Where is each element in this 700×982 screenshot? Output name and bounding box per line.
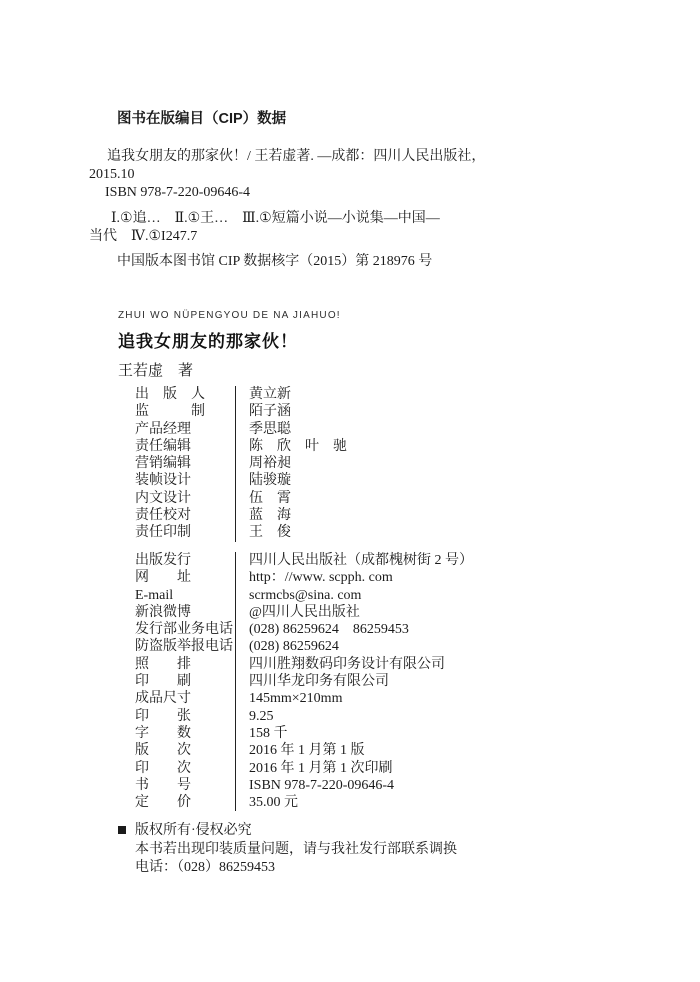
table-row: 印 刷 四川华龙印务有限公司 [135,673,473,690]
title-block: ZHUI WO NÜPENGYOU DE NA JIAHUO! 追我女朋友的那家… [118,310,341,380]
row-value: 季思聪 [236,421,291,438]
row-label: 印 次 [135,760,236,777]
table-row: 出版发行 四川人民出版社（成都槐树街 2 号） [135,552,473,569]
row-label: 书 号 [135,777,236,794]
row-value: scrmcbs@sina. com [236,587,361,604]
row-value: 四川人民出版社（成都槐树街 2 号） [236,552,473,569]
book-author: 王若虚 著 [118,359,341,380]
row-label: 责任印制 [135,524,236,541]
row-value: (028) 86259624 [236,638,339,655]
row-label: 出版发行 [135,552,236,569]
row-label: 装帧设计 [135,472,236,489]
row-label: 印 刷 [135,673,236,690]
colophon-staff-table: 出 版 人 黄立新 监 制 陌子涵 产品经理 季思聪 责任编辑 陈 欣 叶 驰 … [135,386,347,542]
row-value: 2016 年 1 月第 1 版 [236,742,365,759]
table-row: 防盗版举报电话 (028) 86259624 [135,638,473,655]
table-row: 印 次 2016 年 1 月第 1 次印刷 [135,760,473,777]
cip-entry-line-2: 2015.10 [89,166,549,184]
row-value: 四川胜翔数码印务设计有限公司 [236,656,445,673]
row-label: 印 张 [135,708,236,725]
row-value: @四川人民出版社 [236,604,360,621]
row-value: 陌子涵 [236,403,291,420]
row-label: E-mail [135,587,236,604]
table-row: 新浪微博 @四川人民出版社 [135,604,473,621]
row-label: 定 价 [135,794,236,811]
table-row: 定 价 35.00 元 [135,794,473,811]
row-value: ISBN 978-7-220-09646-4 [236,777,394,794]
row-label: 防盗版举报电话 [135,638,236,655]
row-label: 网 址 [135,569,236,586]
table-row: 版 次 2016 年 1 月第 1 版 [135,742,473,759]
row-label: 内文设计 [135,490,236,507]
cip-header: 图书在版编目（CIP）数据 [89,110,549,128]
copyright-page: 图书在版编目（CIP）数据 追我女朋友的那家伙！/ 王若虚著. —成都：四川人民… [0,0,700,982]
cip-classification-line-1: Ⅰ.①追… Ⅱ.①王… Ⅲ.①短篇小说—小说集—中国— [89,210,549,228]
table-row: 字 数 158 千 [135,725,473,742]
cip-classification-line-2: 当代 Ⅳ.①I247.7 [89,228,549,246]
row-value: 35.00 元 [236,794,298,811]
row-value: 伍 霄 [236,490,291,507]
row-label: 责任校对 [135,507,236,524]
table-row: 装帧设计 陆骏璇 [135,472,347,489]
row-value: 145mm×210mm [236,690,342,707]
cip-record-number-line: 中国版本图书馆 CIP 数据核字（2015）第 218976 号 [89,253,549,271]
table-row: 网 址 http：//www. scpph. com [135,569,473,586]
book-title: 追我女朋友的那家伙！ [118,327,341,352]
row-value: 蓝 海 [236,507,291,524]
table-row: 监 制 陌子涵 [135,403,347,420]
copyright-notice-text: 版权所有·侵权必究 [135,823,252,838]
row-value: 周裕昶 [236,455,291,472]
table-row: 责任编辑 陈 欣 叶 驰 [135,438,347,455]
contact-phone-text: 电话：（028）86259453 [135,859,457,878]
row-value: http：//www. scpph. com [236,569,393,586]
table-row: 责任校对 蓝 海 [135,507,347,524]
copyright-notice: 版权所有·侵权必究 本书若出现印装质量问题，请与我社发行部联系调换 电话：（02… [135,822,457,878]
colophon-publishing-table: 出版发行 四川人民出版社（成都槐树街 2 号） 网 址 http：//www. … [135,552,473,811]
row-label: 监 制 [135,403,236,420]
copyright-notice-line: 版权所有·侵权必究 [135,822,457,841]
row-value: 2016 年 1 月第 1 次印刷 [236,760,393,777]
row-label: 新浪微博 [135,604,236,621]
cip-isbn-line: ISBN 978-7-220-09646-4 [89,184,549,202]
row-label: 字 数 [135,725,236,742]
row-value: 158 千 [236,725,288,742]
table-row: 出 版 人 黄立新 [135,386,347,403]
table-row: 书 号 ISBN 978-7-220-09646-4 [135,777,473,794]
row-label: 版 次 [135,742,236,759]
cip-section: 图书在版编目（CIP）数据 追我女朋友的那家伙！/ 王若虚著. —成都：四川人民… [89,110,549,271]
row-value: 黄立新 [236,386,291,403]
table-row: 产品经理 季思聪 [135,421,347,438]
row-label: 出 版 人 [135,386,236,403]
row-value: 9.25 [236,708,274,725]
table-row: E-mail scrmcbs@sina. com [135,587,473,604]
table-row: 印 张 9.25 [135,708,473,725]
table-row: 内文设计 伍 霄 [135,490,347,507]
row-label: 责任编辑 [135,438,236,455]
quality-notice-text: 本书若出现印装质量问题，请与我社发行部联系调换 [135,841,457,860]
table-row: 营销编辑 周裕昶 [135,455,347,472]
cip-entry-line-1: 追我女朋友的那家伙！/ 王若虚著. —成都：四川人民出版社， [89,148,549,166]
table-row: 成品尺寸 145mm×210mm [135,690,473,707]
table-row: 照 排 四川胜翔数码印务设计有限公司 [135,656,473,673]
book-title-pinyin: ZHUI WO NÜPENGYOU DE NA JIAHUO! [118,310,341,321]
row-label: 照 排 [135,656,236,673]
row-value: 王 俊 [236,524,291,541]
row-value: 陆骏璇 [236,472,291,489]
row-label: 产品经理 [135,421,236,438]
row-value: 四川华龙印务有限公司 [236,673,389,690]
table-row: 发行部业务电话 (028) 86259624 86259453 [135,621,473,638]
row-value: (028) 86259624 86259453 [236,621,409,638]
row-label: 成品尺寸 [135,690,236,707]
row-label: 营销编辑 [135,455,236,472]
table-row: 责任印制 王 俊 [135,524,347,541]
row-label: 发行部业务电话 [135,621,236,638]
row-value: 陈 欣 叶 驰 [236,438,347,455]
square-bullet-icon [118,826,126,834]
